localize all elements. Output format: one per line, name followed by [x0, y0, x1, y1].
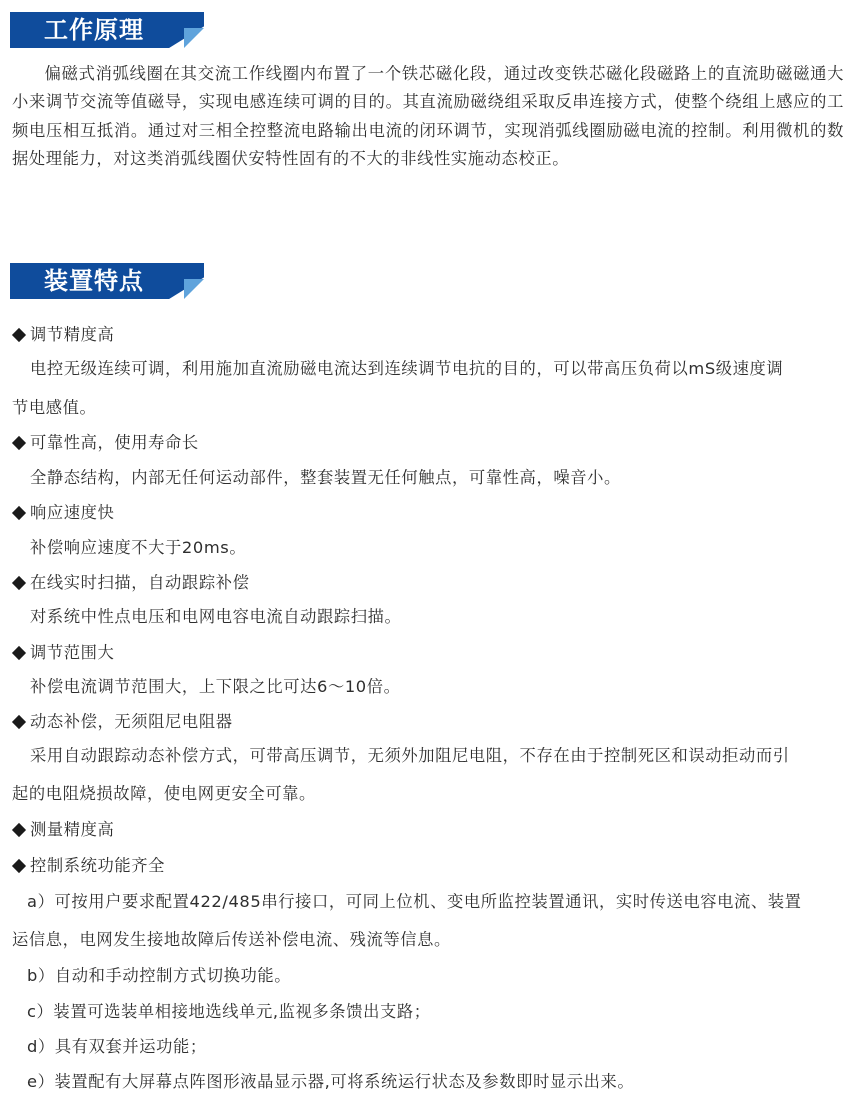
feature-subitem-c: c）装置可选装单相接地选线单元,监视多条馈出支路； — [27, 1001, 431, 1023]
feature-subitem-e: e）装置配有大屏幕点阵图形液晶显示器,可将系统运行状态及参数即时显示出来。 — [27, 1071, 634, 1093]
feature-text: 补偿电流调节范围大，上下限之比可达6～10倍。 — [30, 676, 401, 698]
feature-heading: 在线实时扫描，自动跟踪补偿 — [12, 572, 249, 594]
principle-paragraph: 偏磁式消弧线圈在其交流工作线圈内布置了一个铁芯磁化段，通过改变铁芯磁化段磁路上的… — [12, 60, 844, 173]
feature-heading: 调节范围大 — [12, 642, 114, 664]
feature-text: 采用自动跟踪动态补偿方式，可带高压调节，无须外加阻尼电阻，不存在由于控制死区和误… — [30, 745, 790, 767]
feature-subitem-b: b）自动和手动控制方式切换功能。 — [27, 965, 291, 987]
feature-text: 全静态结构，内部无任何运动部件，整套装置无任何触点，可靠性高，噪音小。 — [30, 467, 621, 489]
section-title-principle: 工作原理 — [44, 15, 144, 45]
diamond-bullet-icon — [12, 822, 26, 836]
feature-text: 电控无级连续可调，利用施加直流励磁电流达到连续调节电抗的目的，可以带高压负荷以m… — [30, 358, 783, 380]
feature-text: 起的电阻烧损故障，使电网更安全可靠。 — [12, 783, 316, 805]
section-title-features: 装置特点 — [44, 266, 144, 296]
diamond-bullet-icon — [12, 575, 26, 589]
feature-heading: 控制系统功能齐全 — [12, 855, 165, 877]
feature-text: 对系统中性点电压和电网电容电流自动跟踪扫描。 — [30, 606, 401, 628]
section-banner-features: 装置特点 — [10, 263, 204, 299]
feature-subitem-a: a）可按用户要求配置422/485串行接口，可同上位机、变电所监控装置通讯，实时… — [27, 891, 802, 913]
feature-heading: 测量精度高 — [12, 819, 114, 841]
feature-heading: 响应速度快 — [12, 502, 114, 524]
feature-subitem-a-cont: 运信息，电网发生接地故障后传送补偿电流、残流等信息。 — [12, 929, 451, 951]
feature-subitem-d: d）具有双套并运功能； — [27, 1036, 207, 1058]
feature-text: 节电感值。 — [12, 397, 96, 419]
feature-heading: 调节精度高 — [12, 324, 114, 346]
diamond-bullet-icon — [12, 505, 26, 519]
banner-fold-icon — [184, 279, 204, 299]
diamond-bullet-icon — [12, 858, 26, 872]
banner-fold-icon — [184, 28, 204, 48]
section-banner-principle: 工作原理 — [10, 12, 204, 48]
diamond-bullet-icon — [12, 327, 26, 341]
diamond-bullet-icon — [12, 435, 26, 449]
diamond-bullet-icon — [12, 714, 26, 728]
feature-heading: 可靠性高，使用寿命长 — [12, 432, 199, 454]
feature-text: 补偿响应速度不大于20ms。 — [30, 537, 246, 559]
diamond-bullet-icon — [12, 645, 26, 659]
feature-heading: 动态补偿，无须阻尼电阻器 — [12, 711, 233, 733]
